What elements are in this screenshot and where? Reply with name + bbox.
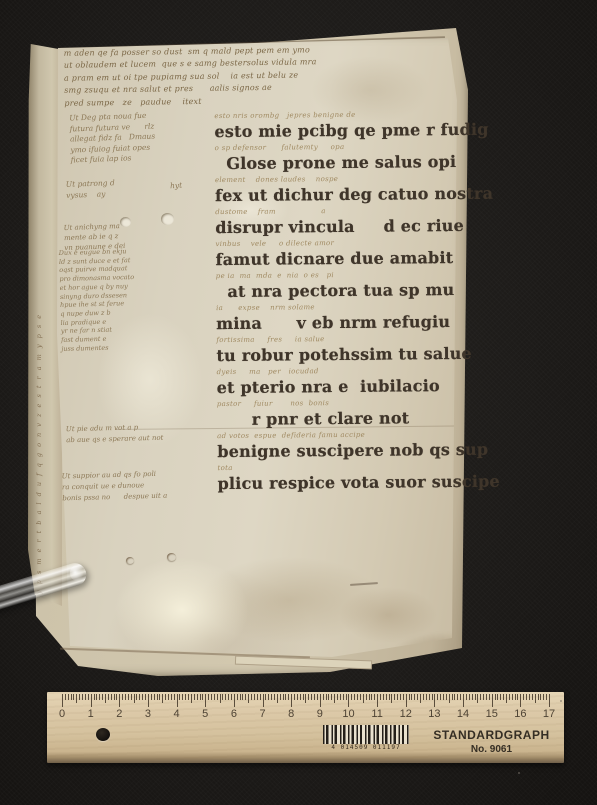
ruler-number: 4 — [174, 708, 180, 720]
ruler-number: 6 — [231, 708, 237, 720]
margin-note-6: Ut suppior au ad qs fo polira conquit ue… — [62, 469, 168, 505]
text-line-pair: vinbus vele o dilecte amorfamut dicnare … — [215, 237, 461, 270]
margin-note-1: Ut Deg pta noua fuefutura futura ve rlza… — [69, 111, 156, 167]
ruler-number: 3 — [145, 708, 151, 720]
main-text-line: mina v eb nrm refugiu — [216, 312, 462, 334]
ruler-number: 5 — [202, 708, 208, 720]
ruler-number: 17 — [543, 708, 555, 720]
ruler-number: 13 — [428, 708, 440, 720]
ruler-model: No. 9061 — [419, 744, 564, 755]
barcode-bars — [323, 725, 409, 744]
parchment-hole — [167, 553, 176, 561]
ruler-branding: STANDARDGRAPH No. 9061 — [419, 728, 564, 755]
ruler-number: 15 — [486, 708, 498, 720]
ruler-hole — [96, 728, 110, 741]
text-line: vysus ay — [66, 189, 115, 201]
main-text-block: esto nris orombg jepres benigne deesto m… — [214, 109, 463, 495]
main-text-line: famut dicnare due amabit — [216, 248, 462, 270]
ruler-number: 9 — [317, 708, 323, 720]
text-line-pair: ia expse nrm solamemina v eb nrm refugiu — [216, 301, 462, 334]
manuscript-photo: y p s m e r t b a l d u f q g o n v z e … — [0, 0, 597, 805]
ruler-number: 0 — [59, 708, 65, 720]
main-text-line: Glose prone me salus opi — [215, 152, 461, 174]
text-line: hyt — [170, 181, 183, 191]
main-text-line: r pnr et clare not — [217, 408, 463, 430]
ruler-number: 1 — [88, 708, 94, 720]
ruler-number: 7 — [259, 708, 265, 720]
text-line: Ut patrong d — [66, 178, 115, 190]
ruler-brand: STANDARDGRAPH — [419, 728, 564, 742]
text-line-pair: element dones laudes nospefex ut dichur … — [215, 173, 461, 206]
ruler-number: 14 — [457, 708, 469, 720]
main-text-line: disrupr vincula d ec riue — [215, 216, 461, 238]
dust-speck — [518, 772, 520, 774]
text-line-pair: dustome fram adisrupr vincula d ec riue — [215, 205, 461, 238]
text-line-pair: dyeis ma per iocudadet pterio nra e iubi… — [217, 365, 463, 398]
main-text-line: plicu respice vota suor suscipe — [217, 472, 463, 494]
text-line-pair: fortissima fres ia saluetu robur potehss… — [216, 333, 462, 366]
ruler-number: 2 — [116, 708, 122, 720]
parchment-hole — [126, 557, 134, 564]
spine-jottings: y p s m e r t b a l d u f q g o n v z e … — [35, 54, 43, 594]
ink-dash — [350, 582, 378, 586]
main-text-line: fex ut dichur deg catuo nostra — [215, 184, 461, 206]
ruler-number: 16 — [514, 708, 526, 720]
margin-note-2b: hyt — [170, 181, 183, 191]
main-text-line: at nra pectora tua sp mu — [216, 280, 462, 302]
top-marginal-note: m aden qe fa posser so dust sm q mald pe… — [64, 44, 318, 110]
barcode-digits: 4 014509 011197 — [323, 744, 409, 751]
text-line-pair: esto nris orombg jepres benigne deesto m… — [214, 109, 460, 142]
main-text-line: benigne suscipere nob qs sup — [217, 440, 463, 462]
main-text-line: esto mie pcibg qe pme r fudig — [214, 120, 460, 142]
barcode: 4 014509 011197 — [323, 725, 409, 752]
text-line-pair: pastor fuiur nos bonis r pnr et clare no… — [217, 397, 463, 430]
main-text-line: tu robur potehssim tu salue — [216, 344, 462, 366]
ruler-number: 8 — [288, 708, 294, 720]
ruler-number: 12 — [400, 708, 412, 720]
text-line-pair: pe ia ma mda e nia o es pi at nra pector… — [216, 269, 462, 302]
margin-note-5: Ut pie adu m vot a pab aue qs e sperare … — [66, 422, 164, 446]
text-line-pair: totaplicu respice vota suor suscipe — [217, 461, 463, 494]
text-line-pair: ad votos espue defideria famu accipebeni… — [217, 429, 463, 462]
parchment-hole — [161, 213, 174, 225]
ruler: 01234567891011121314151617 4 014509 0111… — [47, 692, 564, 763]
ruler-number: 11 — [371, 708, 382, 720]
ruler-number: 10 — [342, 708, 354, 720]
dust-speck — [560, 700, 562, 702]
margin-note-2: Ut patrong dvysus ay — [66, 178, 116, 201]
spine-edge: y p s m e r t b a l d u f q g o n v z e … — [28, 44, 62, 606]
main-text-line: et pterio nra e iubilacio — [217, 376, 463, 398]
margin-note-4: Dux e eugue bn ekjuld z sunt duce e et f… — [59, 247, 136, 353]
text-line-pair: o sp defensor falutemty opa Glose prone … — [215, 141, 461, 174]
